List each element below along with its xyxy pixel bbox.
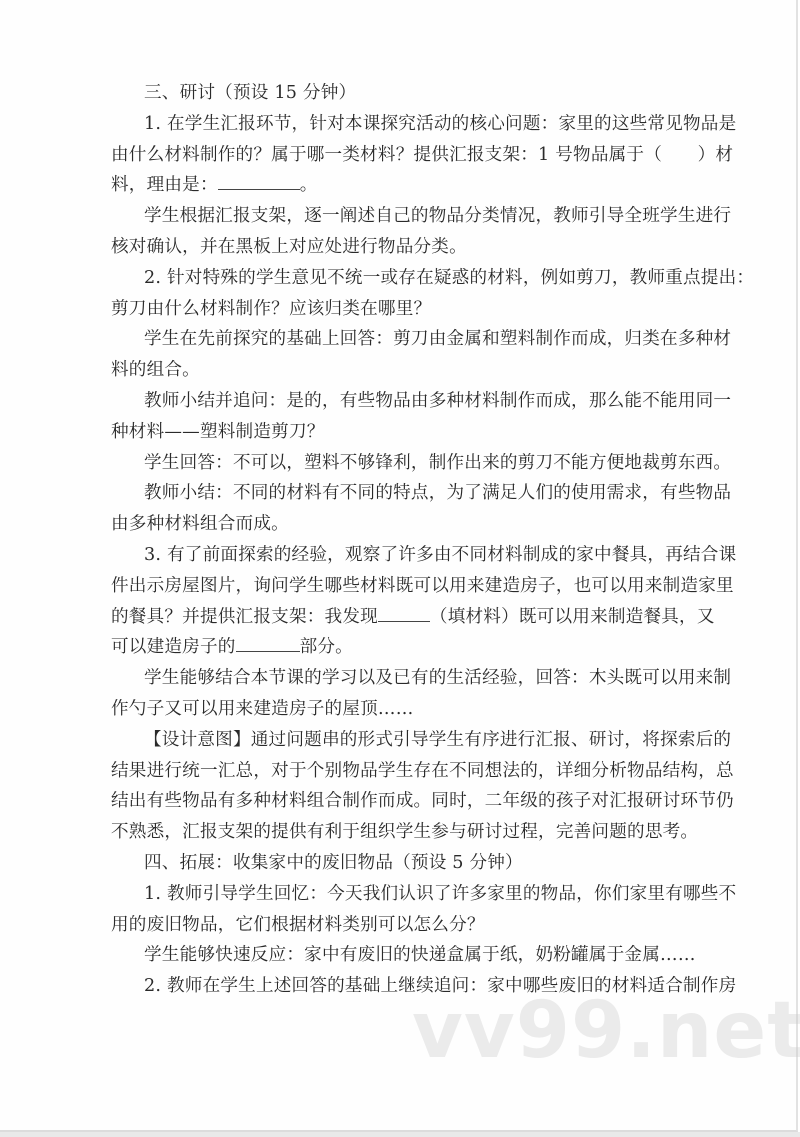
text-segment: 料，理由是：: [111, 175, 218, 195]
text-line: 学生能够结合本节课的学习以及已有的生活经验，回答：木头既可以用来制: [111, 663, 683, 694]
text-line: 教师小结：不同的材料有不同的特点，为了满足人们的使用需求，有些物品: [111, 478, 683, 509]
document-page: 三、研讨（预设 15 分钟）1. 在学生汇报环节，针对本课探究活动的核心问题：家…: [0, 0, 798, 1132]
page-bottom-edge: [0, 1132, 800, 1137]
text-line: 可以建造房子的部分。: [111, 632, 683, 663]
text-line: 由多种材料组合而成。: [111, 509, 683, 540]
fill-in-blank: [378, 603, 430, 622]
document-body: 三、研讨（预设 15 分钟）1. 在学生汇报环节，针对本课探究活动的核心问题：家…: [111, 78, 683, 1002]
text-line: 件出示房屋图片，询问学生哪些材料既可以用来建造房子，也可以用来制造家里: [111, 571, 683, 602]
text-line: 结果进行统一汇总，对于个别物品学生存在不同想法的，详细分析物品结构，总: [111, 756, 683, 787]
text-line: 1. 在学生汇报环节，针对本课探究活动的核心问题：家里的这些常见物品是: [111, 109, 683, 140]
text-line: 的餐具？并提供汇报支架：我发现（填材料）既可以用来制造餐具，又: [111, 602, 683, 633]
text-line: 学生能够快速反应：家中有废旧的快递盒属于纸，奶粉罐属于金属……: [111, 940, 683, 971]
text-line: 核对确认，并在黑板上对应处进行物品分类。: [111, 232, 683, 263]
text-line: 3. 有了前面探索的经验，观察了许多由不同材料制成的家中餐具，再结合课: [111, 540, 683, 571]
text-segment: （填材料）既可以用来制造餐具，又: [430, 607, 715, 627]
text-line: 由什么材料制作的？属于哪一类材料？提供汇报支架：1 号物品属于（ ）材: [111, 140, 683, 171]
text-line: 教师小结并追问：是的，有些物品由多种材料制作而成，那么能不能用同一: [111, 386, 683, 417]
text-line: 结出有些物品有多种材料组合制作而成。同时，二年级的孩子对汇报研讨环节仍: [111, 786, 683, 817]
text-line: 不熟悉，汇报支架的提供有利于组织学生参与研讨过程，完善问题的思考。: [111, 817, 683, 848]
text-line: 四、拓展：收集家中的废旧物品（预设 5 分钟）: [111, 848, 683, 879]
text-line: 三、研讨（预设 15 分钟）: [111, 78, 683, 109]
text-line: 料，理由是：。: [111, 170, 683, 201]
text-line: 学生在先前探究的基础上回答：剪刀由金属和塑料制作而成，归类在多种材: [111, 324, 683, 355]
text-line: 作勺子又可以用来建造房子的屋顶……: [111, 694, 683, 725]
text-line: 1. 教师引导学生回忆：今天我们认识了许多家里的物品，你们家里有哪些不: [111, 879, 683, 910]
text-line: 学生根据汇报支架，逐一阐述自己的物品分类情况，教师引导全班学生进行: [111, 201, 683, 232]
text-segment: 可以建造房子的: [111, 637, 236, 657]
fill-in-blank: [218, 171, 300, 190]
watermark: vv99.net: [412, 992, 800, 1070]
text-line: 料的组合。: [111, 355, 683, 386]
text-line: 学生回答：不可以，塑料不够锋利，制作出来的剪刀不能方便地裁剪东西。: [111, 448, 683, 479]
text-segment: 的餐具？并提供汇报支架：我发现: [111, 607, 378, 627]
text-line: 2. 教师在学生上述回答的基础上继续追问：家中哪些废旧的材料适合制作房: [111, 971, 683, 1002]
text-segment: 部分。: [300, 637, 353, 657]
text-segment: 。: [300, 175, 318, 195]
text-line: 用的废旧物品，它们根据材料类别可以怎么分？: [111, 910, 683, 941]
text-line: 【设计意图】通过问题串的形式引导学生有序进行汇报、研讨，将探索后的: [111, 725, 683, 756]
text-line: 种材料——塑料制造剪刀？: [111, 417, 683, 448]
text-line: 剪刀由什么材料制作？应该归类在哪里？: [111, 294, 683, 325]
fill-in-blank: [236, 633, 300, 652]
text-line: 2. 针对特殊的学生意见不统一或存在疑惑的材料，例如剪刀，教师重点提出：: [111, 263, 683, 294]
